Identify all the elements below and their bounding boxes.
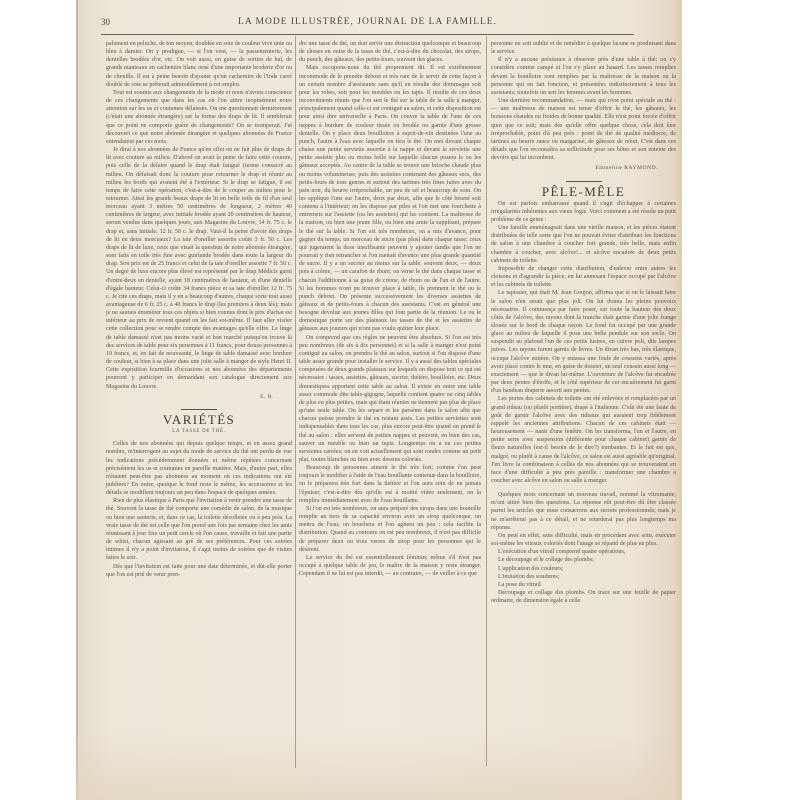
running-title: LA MODE ILLUSTRÉE, JOURNAL DE LA FAMILLE… (101, 17, 634, 27)
paragraph: Beaucoup de personnes aiment le thé très… (299, 464, 481, 505)
section-divider (566, 181, 602, 182)
paragraph: Dès que l'invitation est faite pour une … (106, 563, 292, 579)
section-title-pele-mele: PÊLE-MÊLE (491, 188, 676, 196)
list-item: L'exécution d'un vitrail comprend quatre… (491, 548, 676, 556)
paragraph: personne ne soit oublié et de remédier à… (491, 40, 676, 56)
column-divider (295, 36, 296, 768)
list-item: L'application des couleurs; (491, 565, 676, 573)
section-divider (181, 409, 217, 410)
paragraph: Le tapissier, qui était M. Jean Goujon, … (491, 289, 676, 395)
paragraph: On peut en effet, sans difficulté, mais … (491, 532, 676, 548)
paragraph: Quelques mots concernant un nouveau trav… (491, 491, 676, 532)
paragraph: On comprend que ces règles ne peuvent êt… (299, 334, 481, 465)
paragraph: Les portes des cabinets de toilette ont … (491, 395, 676, 485)
page-header: 30 LA MODE ILLUSTRÉE, JOURNAL DE LA FAMI… (101, 14, 634, 35)
paragraph: On est parfois embarrassé quand il s'agi… (491, 200, 676, 224)
section-subtitle: LA TASSE DE THÉ. (106, 428, 292, 436)
paragraph: Mais occupons-nous du thé proprement dit… (299, 64, 481, 333)
column-3: personne ne soit oublié et de remédier à… (491, 40, 676, 605)
column-divider (486, 36, 487, 766)
paragraph: Il n'y a aucune préséance à observer prè… (491, 56, 676, 97)
list-item: L'imitation des soudures; (491, 573, 676, 581)
column-1: palement en peluche, de ton moyen, doubl… (106, 40, 292, 579)
paragraph: Une famille emménageait dans une vieille… (491, 224, 676, 265)
column-2: dre une tasse de thé, on doit servir une… (299, 40, 481, 578)
paragraph: Une dernière recommandation, — mais qui … (491, 97, 676, 162)
paragraph: Si l'on est très nombreux, on aura prépa… (299, 505, 481, 554)
article-signature: Emmeline RAYMOND. (491, 164, 676, 172)
section-title-varietes: VARIÉTÉS (106, 416, 292, 424)
paragraph: Le service du thé est essentiellement fé… (299, 554, 481, 578)
paragraph: Tout est soumis aux changements de la mo… (106, 89, 292, 146)
paragraph: Rien de plus élastique à Paris que l'inv… (106, 497, 292, 562)
list-item: Le découpage et le collage des plombs; (491, 556, 676, 564)
list-item: La pose du vitrail (491, 581, 676, 589)
paragraph: Je dirai à nos abonnées de France qu'en … (106, 146, 292, 391)
paragraph: palement en peluche, de ton moyen, doubl… (106, 40, 292, 89)
paragraph: Découpage et collage des plombs. On trac… (491, 589, 676, 605)
paragraph: Celles de nos abonnées qui depuis quelqu… (106, 440, 292, 497)
paragraph: Impossible de changer cette distribution… (491, 265, 676, 289)
article-signature: E. R. (106, 393, 292, 401)
paragraph: dre une tasse de thé, on doit servir une… (299, 40, 481, 64)
